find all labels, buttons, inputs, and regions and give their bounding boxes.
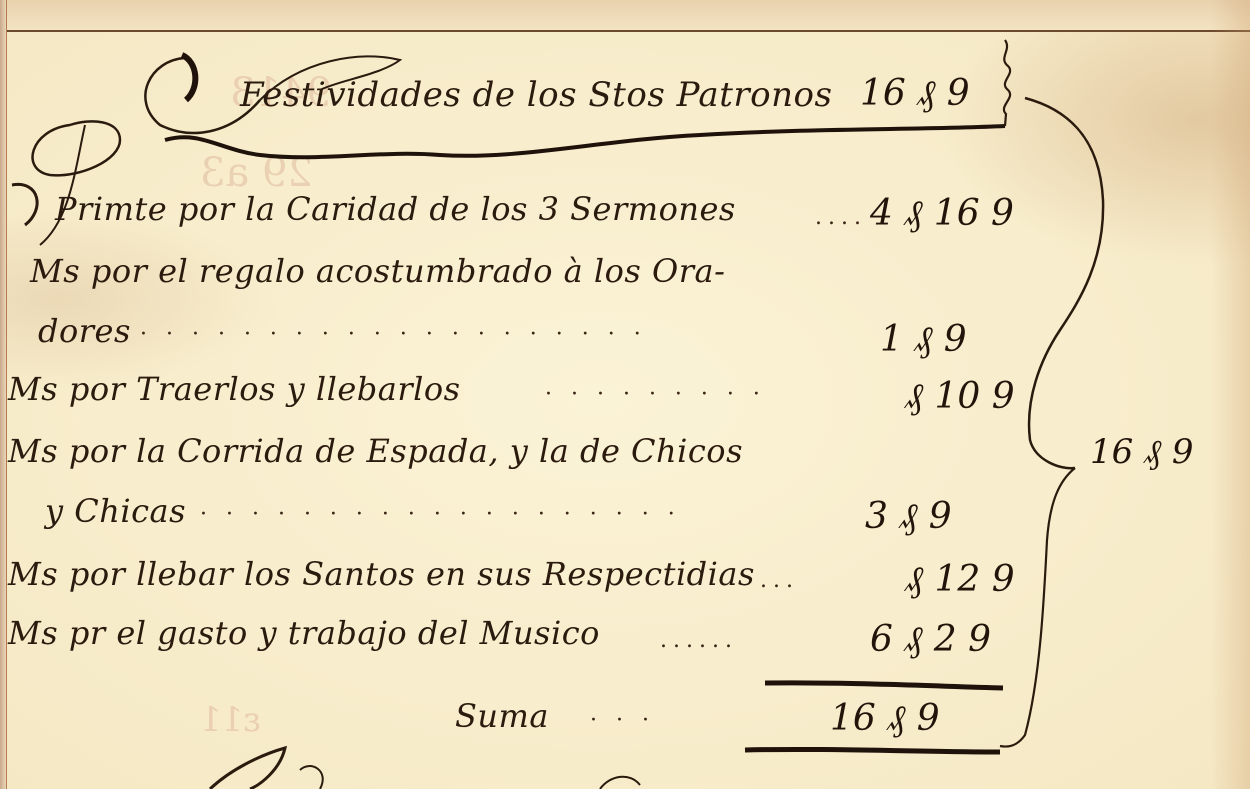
entry-1-amount: 4 ₰ 16 9 (870, 192, 1014, 234)
entry-5-amount: ₰ 12 9 (905, 558, 1015, 600)
entry-3-text: Ms por Traerlos y llebarlos (8, 370, 461, 408)
entry-3-leader: · · · · · · · · · (545, 382, 766, 407)
entry-2-continuation: dores (38, 312, 131, 350)
total-label: Suma (455, 697, 549, 735)
total-amount: 16 ₰ 9 (830, 697, 940, 739)
entry-6-amount: 6 ₰ 2 9 (870, 618, 991, 660)
entry-2-leader: · · · · · · · · · · · · · · · · · · · · (140, 322, 647, 347)
entry-1-text: Primte por la Caridad de los 3 Sermones (55, 190, 736, 228)
entry-4-continuation: y Chicas (45, 492, 186, 530)
entry-4-text: Ms por la Corrida de Espada, y la de Chi… (8, 432, 743, 470)
entry-2-amount: 1 ₰ 9 (880, 318, 967, 360)
total-leader: · · · (590, 708, 655, 733)
entry-5-text: Ms por llebar los Santos en sus Respecti… (8, 555, 755, 593)
entry-5-leader: ... (760, 568, 799, 593)
manuscript-page: 9413 29 a3 ɛ11 Festividades de los Stos … (0, 0, 1250, 789)
entry-3-amount: ₰ 10 9 (905, 375, 1015, 417)
entry-4-leader: · · · · · · · · · · · · · · · · · · · (200, 502, 681, 527)
entry-2-text: Ms por el regalo acostumbrado à los Ora- (30, 252, 725, 290)
entry-6-leader: ...... (660, 628, 738, 653)
entry-4-amount: 3 ₰ 9 (865, 495, 952, 537)
header-amount: 16 ₰ 9 (860, 72, 970, 114)
entry-6-text: Ms pr el gasto y trabajo del Musico (8, 614, 600, 652)
margin-total-amount: 16 ₰ 9 (1090, 432, 1194, 472)
section-title: Festividades de los Stos Patronos (240, 75, 832, 115)
entry-1-leader: .... (815, 205, 867, 230)
